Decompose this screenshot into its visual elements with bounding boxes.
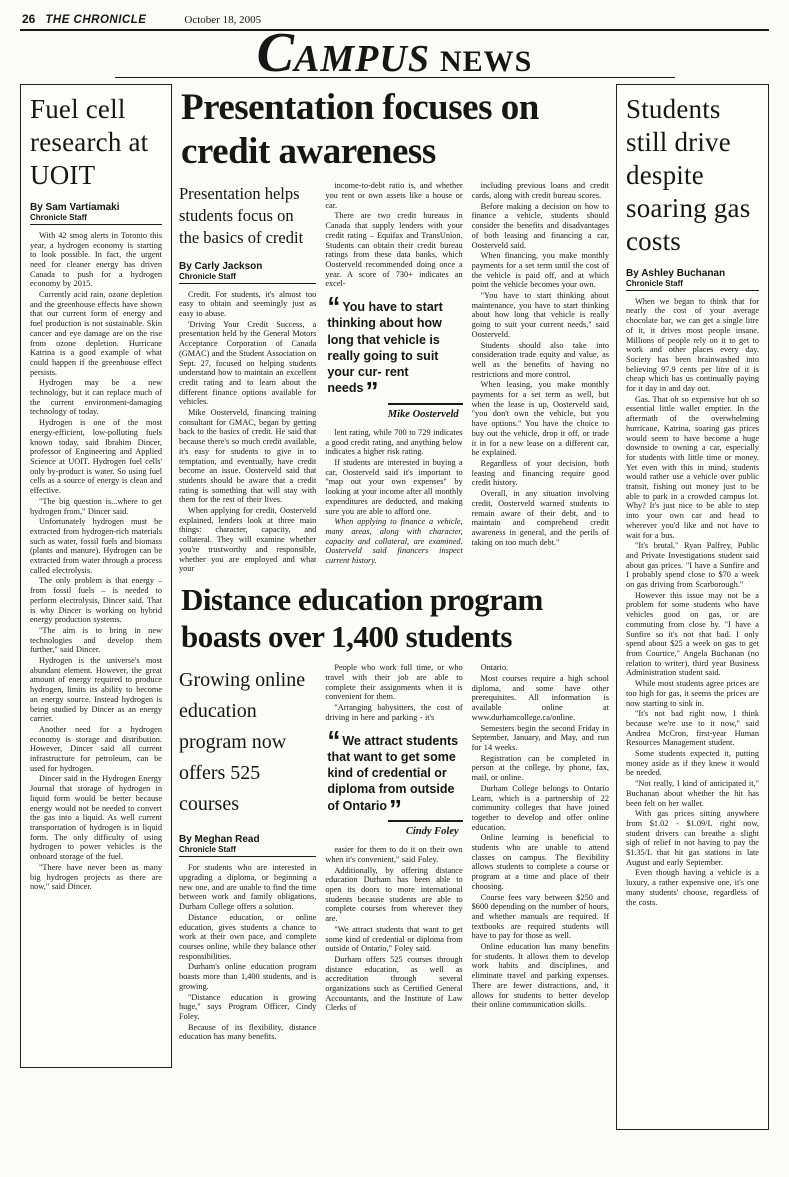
paragraph: "Distance education is growing huge," sa…	[179, 993, 316, 1022]
article-fuel-cell: Fuel cell research at UOIT By Sam Vartia…	[20, 84, 172, 1068]
credit-col-3: including previous loans and credit card…	[472, 181, 609, 575]
paragraph: When applying for credit, Oosterveld exp…	[179, 506, 316, 574]
article-credit-awareness: Presentation focuses on credit awareness…	[179, 86, 609, 575]
paragraph: Unfortunately hydrogen must be extracted…	[30, 517, 162, 575]
masthead-initial: C	[257, 22, 294, 84]
page-number: 26	[22, 12, 35, 26]
paragraph: "It's not bad right now, I think because…	[626, 709, 759, 748]
paragraph: Hydrogen is one of the most energy-effic…	[30, 418, 162, 496]
paragraph: Ontario.	[472, 663, 609, 673]
paragraph: When financing, you make monthly payment…	[472, 251, 609, 290]
distance-byline-org: Chronicle Staff	[179, 845, 316, 857]
credit-col-2: income-to-debt ratio is, and whether you…	[325, 181, 462, 575]
paragraph: Durham's online education program boasts…	[179, 962, 316, 991]
credit-byline-org: Chronicle Staff	[179, 272, 316, 284]
fuel-cell-byline: By Sam Vartiamaki	[30, 202, 162, 213]
paragraph: For students who are interested in upgra…	[179, 863, 316, 912]
paragraph: lent rating, while 700 to 729 indicates …	[325, 428, 462, 457]
credit-body-col2-top: income-to-debt ratio is, and whether you…	[325, 181, 462, 289]
pull-quote-rule	[388, 403, 462, 405]
paragraph: "Not really, I kind of anticipated it," …	[626, 779, 759, 808]
paragraph: Because of its flexibility, distance edu…	[179, 1023, 316, 1042]
paragraph: Course fees vary between $250 and $600 d…	[472, 893, 609, 942]
distance-headline: Distance education program boasts over 1…	[181, 581, 609, 655]
credit-body-col3: including previous loans and credit card…	[472, 181, 609, 547]
paragraph: 'Driving Your Credit Success, a presenta…	[179, 320, 316, 407]
paragraph: "Arranging babysitters, the cost of driv…	[325, 703, 462, 722]
paragraph: With gas prices sitting anywhere from $1…	[626, 809, 759, 867]
paragraph: "The big question is...where to get hydr…	[30, 497, 162, 516]
gas-headline: Students still drive despite soaring gas…	[626, 93, 759, 258]
credit-deck: Presentation helps students focus on the…	[179, 183, 316, 248]
paragraph: Currently acid rain, ozone depletion and…	[30, 290, 162, 377]
paragraph: "The aim is to bring in new technologies…	[30, 626, 162, 655]
credit-col-1: Presentation helps students focus on the…	[179, 181, 316, 575]
paragraph: Semesters begin the second Friday in Sep…	[472, 724, 609, 753]
paragraph: Hydrogen is the universe's most abundant…	[30, 656, 162, 724]
distance-col-2: People who work full time, or who travel…	[325, 663, 462, 1043]
paragraph: There are two credit bureaus in Canada t…	[325, 211, 462, 289]
paragraph: Additionally, by offering distance educa…	[325, 866, 462, 924]
distance-deck: Growing online education program now off…	[179, 665, 316, 820]
close-quote-icon: ”	[363, 376, 378, 406]
paragraph: The only problem is that energy – from f…	[30, 576, 162, 625]
credit-pull-quote: “You have to start thinking about how lo…	[325, 299, 462, 405]
masthead-campus: AMPUS	[294, 38, 430, 80]
paragraph: Before making a decision on how to finan…	[472, 202, 609, 251]
paragraph: People who work full time, or who travel…	[325, 663, 462, 702]
fuel-cell-headline: Fuel cell research at UOIT	[30, 93, 162, 192]
gas-byline: By Ashley Buchanan	[626, 268, 759, 279]
credit-pull-quote-attribution: Mike Oosterveld	[325, 409, 458, 420]
paragraph: Registration can be completed in person …	[472, 754, 609, 783]
paragraph: income-to-debt ratio is, and whether you…	[325, 181, 462, 210]
credit-byline: By Carly Jackson	[179, 261, 316, 272]
credit-headline: Presentation focuses on credit awareness	[181, 86, 609, 173]
paragraph: Dincer said in the Hydrogen Energy Journ…	[30, 774, 162, 861]
distance-byline: By Meghan Read	[179, 834, 316, 845]
paragraph: While most students agree prices are too…	[626, 679, 759, 708]
paragraph: However this issue may not be a problem …	[626, 591, 759, 678]
center-column: Presentation focuses on credit awareness…	[179, 84, 609, 1043]
paragraph: Most courses require a high school diplo…	[472, 674, 609, 723]
paragraph: When we began to think that for nearly t…	[626, 297, 759, 394]
paragraph: "We attract students that want to get so…	[325, 925, 462, 954]
article-distance-education: Distance education program boasts over 1…	[179, 581, 609, 1043]
distance-body-col1: For students who are interested in upgra…	[179, 863, 316, 1042]
paragraph: Even though having a vehicle is a luxury…	[626, 868, 759, 907]
paragraph: Overall, in any situation involving cred…	[472, 489, 609, 547]
paragraph: Mike Oosterveld, financing training cons…	[179, 408, 316, 505]
paragraph: "You have to start thinking about mainte…	[472, 291, 609, 340]
credit-body-col1: Credit. For students, it's almost too ea…	[179, 290, 316, 574]
distance-body-col3: Ontario.Most courses require a high scho…	[472, 663, 609, 1010]
fuel-cell-byline-org: Chronicle Staff	[30, 213, 162, 225]
distance-body-col2-top: People who work full time, or who travel…	[325, 663, 462, 722]
distance-body-col2-bottom: easier for them to do it on their own wh…	[325, 845, 462, 1013]
newspaper-page: 26 THE CHRONICLE October 18, 2005 CAMPUS…	[0, 0, 789, 1177]
gas-byline-org: Chronicle Staff	[626, 279, 759, 291]
paragraph: With 42 smog alerts in Toronto this year…	[30, 231, 162, 289]
masthead-news: NEWS	[440, 45, 532, 78]
paragraph: Regardless of your decision, both leasin…	[472, 459, 609, 488]
paragraph: including previous loans and credit card…	[472, 181, 609, 200]
paragraph: When leasing, you make monthly payments …	[472, 380, 609, 458]
paragraph: Credit. For students, it's almost too ea…	[179, 290, 316, 319]
distance-pull-quote-attribution: Cindy Foley	[325, 826, 458, 837]
paragraph: "It's brutal," Ryan Palfrey, Public and …	[626, 541, 759, 590]
credit-body-col2-bottom: lent rating, while 700 to 729 indicates …	[325, 428, 462, 516]
distance-col-3: Ontario.Most courses require a high scho…	[472, 663, 609, 1043]
close-quote-icon: ”	[387, 794, 402, 824]
publication-name: THE CHRONICLE	[45, 14, 146, 26]
paragraph: Online education has many benefits for s…	[472, 942, 609, 1010]
pull-quote-text: You have to start thinking about how lon…	[327, 300, 442, 395]
paragraph: When applying to finance a vehicle, many…	[325, 517, 462, 566]
paragraph: easier for them to do it on their own wh…	[325, 845, 462, 864]
paragraph: "There have never been as many big hydro…	[30, 863, 162, 892]
article-gas-costs: Students still drive despite soaring gas…	[616, 84, 769, 1130]
paragraph: Another need for a hydrogen economy is s…	[30, 725, 162, 774]
distance-col-1: Growing online education program now off…	[179, 663, 316, 1043]
paragraph: Distance education, or online education,…	[179, 913, 316, 962]
paragraph: Gas. That oh so expensive but oh so esse…	[626, 395, 759, 541]
credit-body-col2-italic: When applying to finance a vehicle, many…	[325, 517, 462, 566]
paragraph: Some students expected it, putting money…	[626, 749, 759, 778]
distance-pull-quote: “We attract students that want to get so…	[325, 733, 462, 823]
section-masthead: CAMPUSNEWS	[20, 25, 769, 81]
paragraph: Durham College belongs to Ontario Learn,…	[472, 784, 609, 833]
gas-body: When we began to think that for nearly t…	[626, 297, 759, 908]
paragraph: If students are interested in buying a c…	[325, 458, 462, 516]
paragraph: Durham offers 525 courses through distan…	[325, 955, 462, 1013]
fuel-cell-body: With 42 smog alerts in Toronto this year…	[30, 231, 162, 892]
paragraph: Students should also take into considera…	[472, 341, 609, 380]
paragraph: Online learning is beneficial to student…	[472, 833, 609, 891]
paragraph: Hydrogen may be a new technology, but it…	[30, 378, 162, 417]
issue-date: October 18, 2005	[184, 14, 261, 26]
